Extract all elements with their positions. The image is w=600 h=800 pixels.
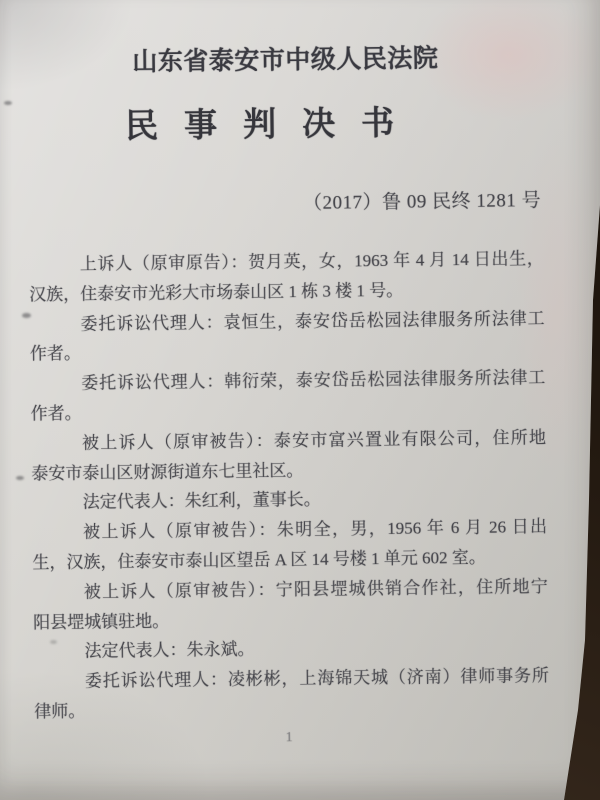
judgment-line: 委托诉讼代理人：韩衍荣，泰安岱岳松园法律服务所法律工 (30, 363, 545, 399)
judgment-body: 上诉人（原审原告）：贺月英，女，1963 年 4 月 14 日出生， 汉族，住泰… (29, 244, 550, 727)
paper-sheet: 山东省泰安市中级人民法院 民事判决书 （2017）鲁 09 民终 1281 号 … (0, 0, 600, 800)
judgment-line: 被上诉人（原审被告）：宁阳县堽城供销合作社，住所地宁 (33, 572, 548, 608)
judgment-line: 委托诉讼代理人：凌彬彬，上海锦天城（济南）律师事务所 (34, 661, 549, 697)
case-number: （2017）鲁 09 民终 1281 号 (303, 185, 541, 215)
court-name: 山东省泰安市中级人民法院 (0, 36, 586, 79)
document-title: 民事判决书 (125, 97, 421, 148)
judgment-line: 被上诉人（原审被告）：泰安市富兴置业有限公司，住所地 (31, 423, 546, 459)
photographed-judgment-page: { "header": { "court_name": "山东省泰安市中级人民法… (0, 0, 600, 800)
judgment-line: 律师。 (34, 691, 549, 727)
judgment-line: 上诉人（原审原告）：贺月英，女，1963 年 4 月 14 日出生， (29, 244, 544, 280)
printed-content: 山东省泰安市中级人民法院 民事判决书 （2017）鲁 09 民终 1281 号 … (0, 0, 600, 800)
page-number: 1 (286, 730, 293, 746)
